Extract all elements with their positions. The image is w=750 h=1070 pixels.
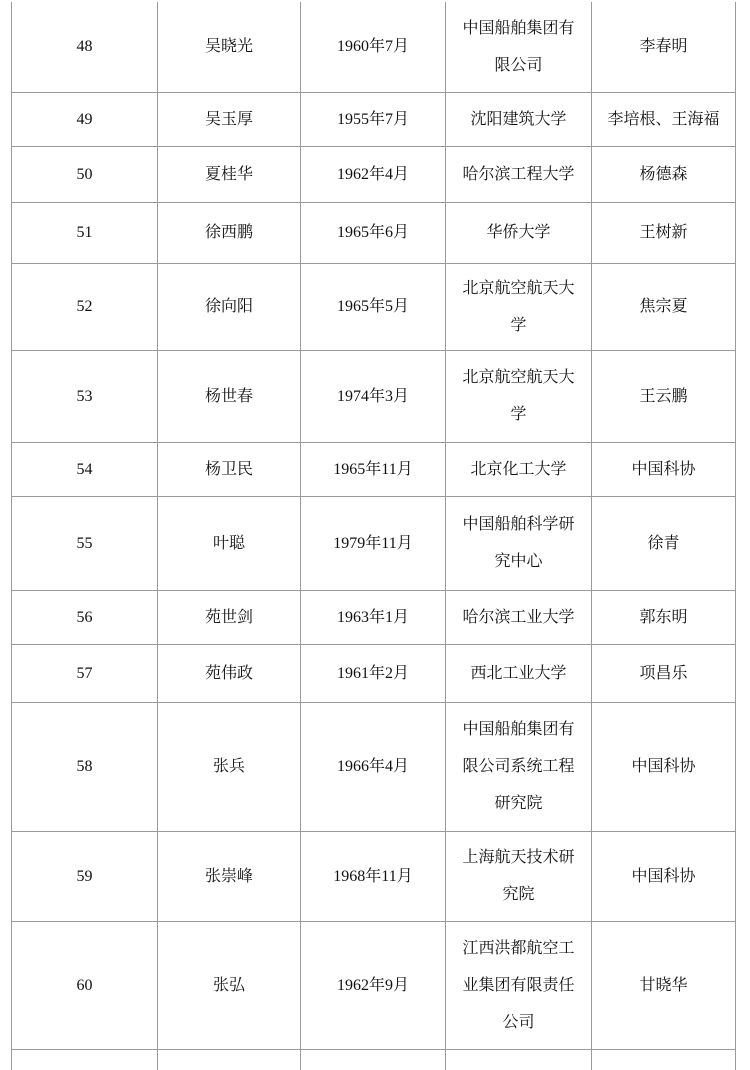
cell-name: 叶聪 <box>158 496 301 590</box>
cell-recommender: 徐青 <box>592 496 736 590</box>
cell-organization: 上海航天技术研 究院 <box>446 831 592 921</box>
cell-organization: 中国船舶科学研 究中心 <box>446 496 592 590</box>
cell-number: 56 <box>12 590 158 644</box>
cell-name: 杨世春 <box>158 350 301 442</box>
cell-name: 张兵 <box>158 702 301 831</box>
cell-birth-date: 1968年11月 <box>301 831 446 921</box>
cell-birth-date: 1966年4月 <box>301 702 446 831</box>
cell-birth-date: 1965年11月 <box>301 442 446 496</box>
document-page: 48 吴晓光 1960年7月 中国船舶集团有 限公司 李春明 49 吴玉厚 19… <box>0 0 750 1070</box>
table-row: 56 苑世剑 1963年1月 哈尔滨工业大学 郭东明 <box>12 590 736 644</box>
cell-organization <box>446 1049 592 1070</box>
cell-birth-date: 1962年4月 <box>301 146 446 202</box>
cell-organization: 北京航空航天大 学 <box>446 263 592 350</box>
cell-organization: 北京化工大学 <box>446 442 592 496</box>
cell-number: 51 <box>12 202 158 263</box>
cell-number: 48 <box>12 2 158 92</box>
cell-birth-date: 1963年1月 <box>301 590 446 644</box>
cell-recommender: 焦宗夏 <box>592 263 736 350</box>
cell-organization: 中国船舶集团有 限公司 <box>446 2 592 92</box>
cell-birth-date: 1965年6月 <box>301 202 446 263</box>
cell-number: 54 <box>12 442 158 496</box>
cell-organization: 西北工业大学 <box>446 644 592 702</box>
cell-recommender: 郭东明 <box>592 590 736 644</box>
cell-organization: 华侨大学 <box>446 202 592 263</box>
table-row: 58 张兵 1966年4月 中国船舶集团有 限公司系统工程 研究院 中国科协 <box>12 702 736 831</box>
table-row: 51 徐西鹏 1965年6月 华侨大学 王树新 <box>12 202 736 263</box>
cell-number: 50 <box>12 146 158 202</box>
cell-name: 徐向阳 <box>158 263 301 350</box>
cell-organization: 江西洪都航空工 业集团有限责任 公司 <box>446 921 592 1049</box>
cell-recommender <box>592 1049 736 1070</box>
cell-name: 徐西鹏 <box>158 202 301 263</box>
cell-name: 苑伟政 <box>158 644 301 702</box>
cell-organization: 沈阳建筑大学 <box>446 92 592 146</box>
cell-recommender: 李培根、王海福 <box>592 92 736 146</box>
table-row: 54 杨卫民 1965年11月 北京化工大学 中国科协 <box>12 442 736 496</box>
table-row-partial <box>12 1049 736 1070</box>
cell-recommender: 李春明 <box>592 2 736 92</box>
table-row: 59 张崇峰 1968年11月 上海航天技术研 究院 中国科协 <box>12 831 736 921</box>
cell-number: 53 <box>12 350 158 442</box>
table-row: 53 杨世春 1974年3月 北京航空航天大 学 王云鹏 <box>12 350 736 442</box>
cell-recommender: 中国科协 <box>592 442 736 496</box>
cell-birth-date: 1979年11月 <box>301 496 446 590</box>
table-row: 60 张弘 1962年9月 江西洪都航空工 业集团有限责任 公司 甘晓华 <box>12 921 736 1049</box>
cell-name: 张崇峰 <box>158 831 301 921</box>
cell-name: 杨卫民 <box>158 442 301 496</box>
cell-recommender: 杨德森 <box>592 146 736 202</box>
cell-name: 张弘 <box>158 921 301 1049</box>
cell-number: 58 <box>12 702 158 831</box>
cell-name: 吴玉厚 <box>158 92 301 146</box>
table-row: 52 徐向阳 1965年5月 北京航空航天大 学 焦宗夏 <box>12 263 736 350</box>
cell-name: 夏桂华 <box>158 146 301 202</box>
cell-birth-date: 1965年5月 <box>301 263 446 350</box>
table-row: 48 吴晓光 1960年7月 中国船舶集团有 限公司 李春明 <box>12 2 736 92</box>
cell-recommender: 中国科协 <box>592 702 736 831</box>
cell-name: 苑世剑 <box>158 590 301 644</box>
cell-birth-date: 1960年7月 <box>301 2 446 92</box>
cell-recommender: 甘晓华 <box>592 921 736 1049</box>
cell-organization: 中国船舶集团有 限公司系统工程 研究院 <box>446 702 592 831</box>
cell-number <box>12 1049 158 1070</box>
cell-birth-date: 1955年7月 <box>301 92 446 146</box>
cell-recommender: 中国科协 <box>592 831 736 921</box>
cell-birth-date: 1962年9月 <box>301 921 446 1049</box>
cell-name <box>158 1049 301 1070</box>
cell-organization: 北京航空航天大 学 <box>446 350 592 442</box>
cell-recommender: 王云鹏 <box>592 350 736 442</box>
table-row: 49 吴玉厚 1955年7月 沈阳建筑大学 李培根、王海福 <box>12 92 736 146</box>
cell-recommender: 王树新 <box>592 202 736 263</box>
cell-number: 59 <box>12 831 158 921</box>
cell-birth-date: 1961年2月 <box>301 644 446 702</box>
table-row: 57 苑伟政 1961年2月 西北工业大学 项昌乐 <box>12 644 736 702</box>
cell-organization: 哈尔滨工程大学 <box>446 146 592 202</box>
cell-recommender: 项昌乐 <box>592 644 736 702</box>
cell-name: 吴晓光 <box>158 2 301 92</box>
table-row: 50 夏桂华 1962年4月 哈尔滨工程大学 杨德森 <box>12 146 736 202</box>
cell-number: 55 <box>12 496 158 590</box>
cell-birth-date <box>301 1049 446 1070</box>
cell-number: 57 <box>12 644 158 702</box>
cell-birth-date: 1974年3月 <box>301 350 446 442</box>
cell-number: 49 <box>12 92 158 146</box>
cell-organization: 哈尔滨工业大学 <box>446 590 592 644</box>
cell-number: 52 <box>12 263 158 350</box>
nominees-table: 48 吴晓光 1960年7月 中国船舶集团有 限公司 李春明 49 吴玉厚 19… <box>11 2 736 1070</box>
cell-number: 60 <box>12 921 158 1049</box>
table-row: 55 叶聪 1979年11月 中国船舶科学研 究中心 徐青 <box>12 496 736 590</box>
